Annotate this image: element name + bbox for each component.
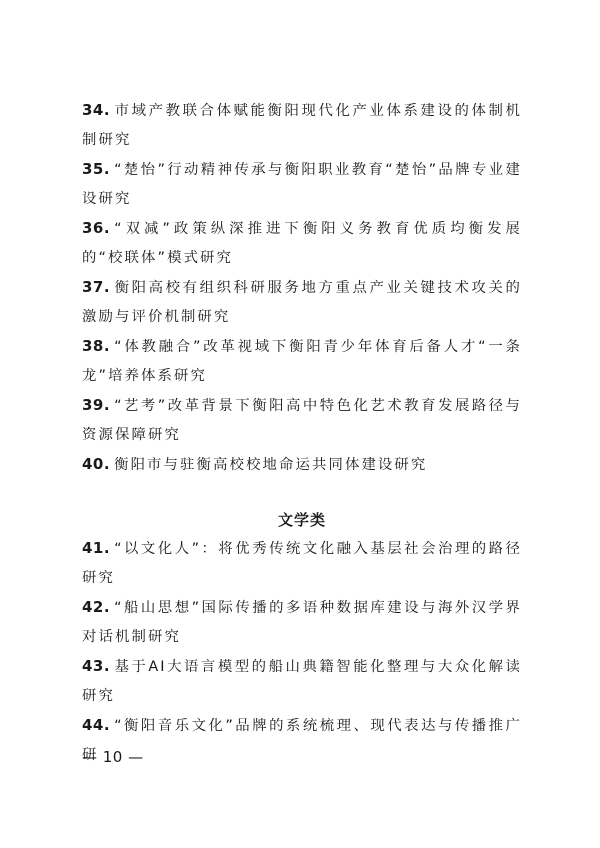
list-item: 41.“以文化人”：将优秀传统文化融入基层社会治理的路径研究 [82, 534, 522, 593]
list-item: 35.“楚怡”行动精神传承与衡阳职业教育“楚怡”品牌专业建设研究 [82, 155, 522, 214]
item-text: 衡阳市与驻衡高校校地命运共同体建设研究 [114, 457, 427, 473]
item-number: 36. [82, 219, 110, 237]
item-number: 44. [82, 716, 110, 734]
item-text: 衡阳高校有组织科研服务地方重点产业关键技术攻关的激励与评价机制研究 [82, 280, 522, 325]
list-item: 37.衡阳高校有组织科研服务地方重点产业关键技术攻关的激励与评价机制研究 [82, 273, 522, 332]
list-item: 39.“艺考”改革背景下衡阳高中特色化艺术教育发展路径与资源保障研究 [82, 391, 522, 450]
item-text: “楚怡”行动精神传承与衡阳职业教育“楚怡”品牌专业建设研究 [82, 162, 522, 207]
list-item: 42.“船山思想”国际传播的多语种数据库建设与海外汉学界对话机制研究 [82, 593, 522, 652]
list-item: 43.基于AI大语言模型的船山典籍智能化整理与大众化解读研究 [82, 652, 522, 711]
item-number: 43. [82, 657, 110, 675]
item-number: 37. [82, 278, 110, 296]
topic-list-education: 34.市域产教联合体赋能衡阳现代化产业体系建设的体制机制研究 35.“楚怡”行动… [82, 96, 522, 480]
list-item: 40.衡阳市与驻衡高校校地命运共同体建设研究 [82, 450, 522, 480]
item-text: 基于AI大语言模型的船山典籍智能化整理与大众化解读研究 [82, 659, 522, 704]
item-text: “以文化人”：将优秀传统文化融入基层社会治理的路径研究 [82, 541, 522, 586]
item-text: “衡阳音乐文化”品牌的系统梳理、现代表达与传播推广研 [82, 718, 522, 763]
list-item: 36.“双减”政策纵深推进下衡阳义务教育优质均衡发展的“校联体”模式研究 [82, 214, 522, 273]
item-text: “船山思想”国际传播的多语种数据库建设与海外汉学界对话机制研究 [82, 600, 522, 645]
item-number: 40. [82, 455, 110, 473]
item-number: 38. [82, 337, 110, 355]
item-text: “艺考”改革背景下衡阳高中特色化艺术教育发展路径与资源保障研究 [82, 398, 522, 443]
item-number: 42. [82, 598, 110, 616]
item-number: 34. [82, 101, 110, 119]
section-title: 文学类 [82, 506, 522, 534]
item-text: 市域产教联合体赋能衡阳现代化产业体系建设的体制机制研究 [82, 103, 522, 148]
item-text: “体教融合”改革视域下衡阳青少年体育后备人才“一条龙”培养体系研究 [82, 339, 522, 384]
topic-list-literature: 41.“以文化人”：将优秀传统文化融入基层社会治理的路径研究 42.“船山思想”… [82, 534, 522, 770]
item-number: 39. [82, 396, 110, 414]
item-text: “双减”政策纵深推进下衡阳义务教育优质均衡发展的“校联体”模式研究 [82, 221, 522, 266]
list-item: 38.“体教融合”改革视域下衡阳青少年体育后备人才“一条龙”培养体系研究 [82, 332, 522, 391]
item-number: 41. [82, 539, 110, 557]
document-page: 34.市域产教联合体赋能衡阳现代化产业体系建设的体制机制研究 35.“楚怡”行动… [82, 96, 522, 770]
list-item: 34.市域产教联合体赋能衡阳现代化产业体系建设的体制机制研究 [82, 96, 522, 155]
list-item: 44.“衡阳音乐文化”品牌的系统梳理、现代表达与传播推广研 [82, 711, 522, 770]
item-number: 35. [82, 160, 110, 178]
page-number: — 10 — [82, 748, 144, 766]
